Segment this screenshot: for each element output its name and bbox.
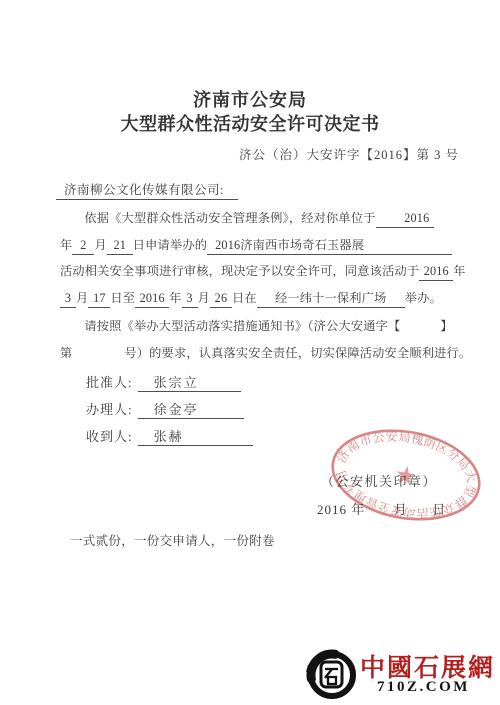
text-run (400, 311, 440, 330)
approver-name: 张宗立 (138, 373, 241, 392)
text-run: 活动相关安全事项进行审核，现决定予以安全许可，同意该活动于 (60, 264, 419, 278)
recipient-name: 张赫 (138, 427, 253, 446)
approver-row: 批准人:张宗立 (86, 373, 253, 392)
text-run: 年 (60, 238, 72, 252)
filled-blank: 2016 (419, 262, 453, 281)
seal-star-icon: ★ (392, 461, 419, 491)
body-line: 年2月21日申请举办的2016济南西市场奇石玉器展 (60, 232, 458, 259)
filled-blank: 2016 (376, 209, 434, 228)
seal-ring-text: 济南市公安局槐荫区分局大型群众性活动安全管理专用章 (314, 387, 494, 532)
filled-blank: 2 (72, 236, 94, 255)
text-run: 第 (60, 346, 72, 360)
text-run: 日至 (110, 291, 135, 305)
site-logo-domain: 710Z.COM (377, 679, 470, 696)
body-line: 3月17日至2016年3月26日在经一纬十一保利广场举办。 (60, 285, 458, 312)
text-run: 请按照《举办大型活动落实措施通知书》（济公大安通字【 (84, 319, 400, 333)
filled-blank: 21 (107, 236, 133, 255)
official-red-seal: 济南市公安局槐荫区分局大型群众性活动安全管理专用章 ★ (314, 387, 498, 563)
text-run: 年 (169, 291, 181, 305)
handler-name: 徐金亭 (138, 400, 244, 419)
handler-row: 办理人:徐金亭 (86, 400, 253, 419)
issuing-authority: 济南市公安局 (0, 86, 500, 112)
text-run: 月 (94, 238, 106, 252)
approver-label: 批准人: (86, 375, 133, 390)
handler-label: 办理人: (86, 402, 133, 417)
filled-blank: 2016 (135, 289, 169, 308)
body-line: 请按照《举办大型活动落实措施通知书》（济公大安通字【】 (60, 311, 458, 338)
recipient-row: 收到人:张赫 (86, 427, 253, 446)
text-run: 年 (453, 264, 465, 278)
addressee-line: 济南柳公文化传媒有限公司: (56, 181, 238, 200)
filled-blank: 17 (88, 289, 110, 308)
text-run: 月 (198, 291, 210, 305)
text-run: 依据《大型群众性活动安全管理条例》，经对你单位于 (84, 211, 375, 225)
duplicate-note: 一式贰份，一份交申请人，一份附卷 (70, 531, 275, 549)
text-run: 】 (440, 319, 452, 333)
filled-blank: 经一纬十一保利广场 (257, 289, 405, 308)
text-run: 月 (76, 291, 88, 305)
document-title: 大型群众性活动安全许可决定书 (0, 110, 500, 136)
text-run: 举办。 (405, 291, 442, 305)
signature-block: 批准人:张宗立 办理人:徐金亭 收到人:张赫 (86, 373, 253, 454)
document-number: 济公（治）大安许字【2016】第 3 号 (239, 145, 459, 163)
filled-blank: 3 (182, 289, 198, 308)
permit-document-page: 济南市公安局 大型群众性活动安全许可决定书 济公（治）大安许字【2016】第 3… (0, 0, 500, 705)
svg-text:济南市公安局槐荫区分局大型群众性活动安全管理专用章: 济南市公安局槐荫区分局大型群众性活动安全管理专用章 (314, 387, 494, 532)
body-line: 活动相关安全事项进行审核，现决定予以安全许可，同意该活动于2016年 (60, 258, 458, 285)
recipient-label: 收到人: (86, 429, 133, 444)
body-line: 第号）的要求，认真落实安全责任，切实保障活动安全顺利进行。 (60, 338, 458, 365)
stone-site-logo-icon (304, 648, 358, 705)
text-run: 号）的要求，认真落实安全责任，切实保障活动安全顺利进行。 (124, 346, 471, 360)
body-line: 依据《大型群众性活动安全管理条例》，经对你单位于2016 (60, 205, 458, 232)
filled-blank: 2016济南西市场奇石玉器展 (207, 236, 452, 255)
text-run: 日在 (232, 291, 257, 305)
text-run (72, 338, 124, 357)
filled-blank: 26 (210, 289, 232, 308)
body-paragraph: 依据《大型群众性活动安全管理条例》，经对你单位于2016年2月21日申请举办的2… (60, 205, 458, 364)
text-run: 日申请举办的 (133, 238, 207, 252)
filled-blank: 3 (60, 289, 76, 308)
